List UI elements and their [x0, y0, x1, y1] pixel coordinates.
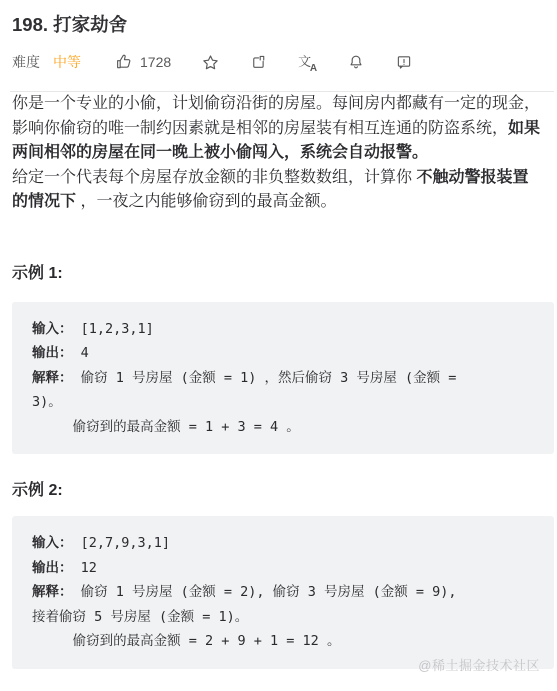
feedback-icon: [395, 53, 413, 71]
problem-title: 198. 打家劫舍: [0, 0, 557, 36]
output-label: 输出：: [32, 345, 73, 361]
example-2-input-line: 输入： [2,7,9,3,1]: [32, 531, 538, 556]
problem-page: 198. 打家劫舍 难度 中等 1728: [0, 0, 557, 691]
example-1-explanation-line: 解释： 偷窃 1 号房屋 (金额 = 1) ，然后偷窃 3 号房屋 (金额 = …: [32, 366, 538, 440]
explanation-label: 解释：: [32, 370, 73, 386]
paragraph-1-text: 你是一个专业的小偷，计划偷窃沿街的房屋。每间房内都藏有一定的现金，影响你偷窃的唯…: [12, 95, 540, 137]
meta-bar: 难度 中等 1728: [0, 52, 557, 72]
input-value: [2,7,9,3,1]: [73, 535, 171, 551]
share-button[interactable]: [250, 53, 268, 71]
translate-button[interactable]: 文 A: [298, 53, 317, 72]
translate-icon: 文 A: [298, 53, 317, 72]
example-1-block: 输入： [1,2,3,1] 输出： 4 解释： 偷窃 1 号房屋 (金额 = 1…: [12, 302, 554, 455]
difficulty-label: 难度: [12, 52, 40, 72]
description-paragraph-2: 给定一个代表每个房屋存放金额的非负整数数组，计算你 不触动警报装置的情况下 ，一…: [0, 166, 557, 215]
thumbs-up-icon: [115, 53, 133, 71]
difficulty-badge: 中等: [53, 52, 81, 72]
input-label: 输入：: [32, 535, 73, 551]
description-paragraph-1: 你是一个专业的小偷，计划偷窃沿街的房屋。每间房内都藏有一定的现金，影响你偷窃的唯…: [0, 92, 557, 166]
example-2-block: 输入： [2,7,9,3,1] 输出： 12 解释： 偷窃 1 号房屋 (金额 …: [12, 516, 554, 669]
output-value: 12: [73, 560, 97, 576]
problem-description: 你是一个专业的小偷，计划偷窃沿街的房屋。每间房内都藏有一定的现金，影响你偷窃的唯…: [0, 92, 557, 669]
feedback-button[interactable]: [395, 53, 413, 71]
example-2-output-line: 输出： 12: [32, 556, 538, 581]
share-icon: [250, 53, 268, 71]
example-1-input-line: 输入： [1,2,3,1]: [32, 317, 538, 342]
explanation-value: 偷窃 1 号房屋 (金额 = 1) ，然后偷窃 3 号房屋 (金额 = 3)。 …: [32, 370, 456, 435]
example-1-output-line: 输出： 4: [32, 341, 538, 366]
explanation-value: 偷窃 1 号房屋 (金额 = 2), 偷窃 3 号房屋 (金额 = 9), 接着…: [32, 584, 457, 649]
example-2-heading: 示例 2:: [0, 482, 557, 499]
paragraph-2-text-2: ，一夜之内能够偷窃到的最高金额。: [76, 193, 336, 210]
output-value: 4: [73, 345, 89, 361]
favorite-button[interactable]: [201, 53, 220, 72]
star-icon: [201, 53, 220, 72]
notification-button[interactable]: [347, 53, 365, 71]
output-label: 输出：: [32, 560, 73, 576]
like-count: 1728: [140, 54, 171, 70]
input-value: [1,2,3,1]: [73, 321, 154, 337]
like-button[interactable]: 1728: [115, 53, 171, 71]
paragraph-2-text-1: 给定一个代表每个房屋存放金额的非负整数数组，计算你: [12, 169, 416, 186]
bell-icon: [347, 53, 365, 71]
input-label: 输入：: [32, 321, 73, 337]
example-1-heading: 示例 1:: [0, 265, 557, 282]
explanation-label: 解释：: [32, 584, 73, 600]
example-2-explanation-line: 解释： 偷窃 1 号房屋 (金额 = 2), 偷窃 3 号房屋 (金额 = 9)…: [32, 580, 538, 654]
